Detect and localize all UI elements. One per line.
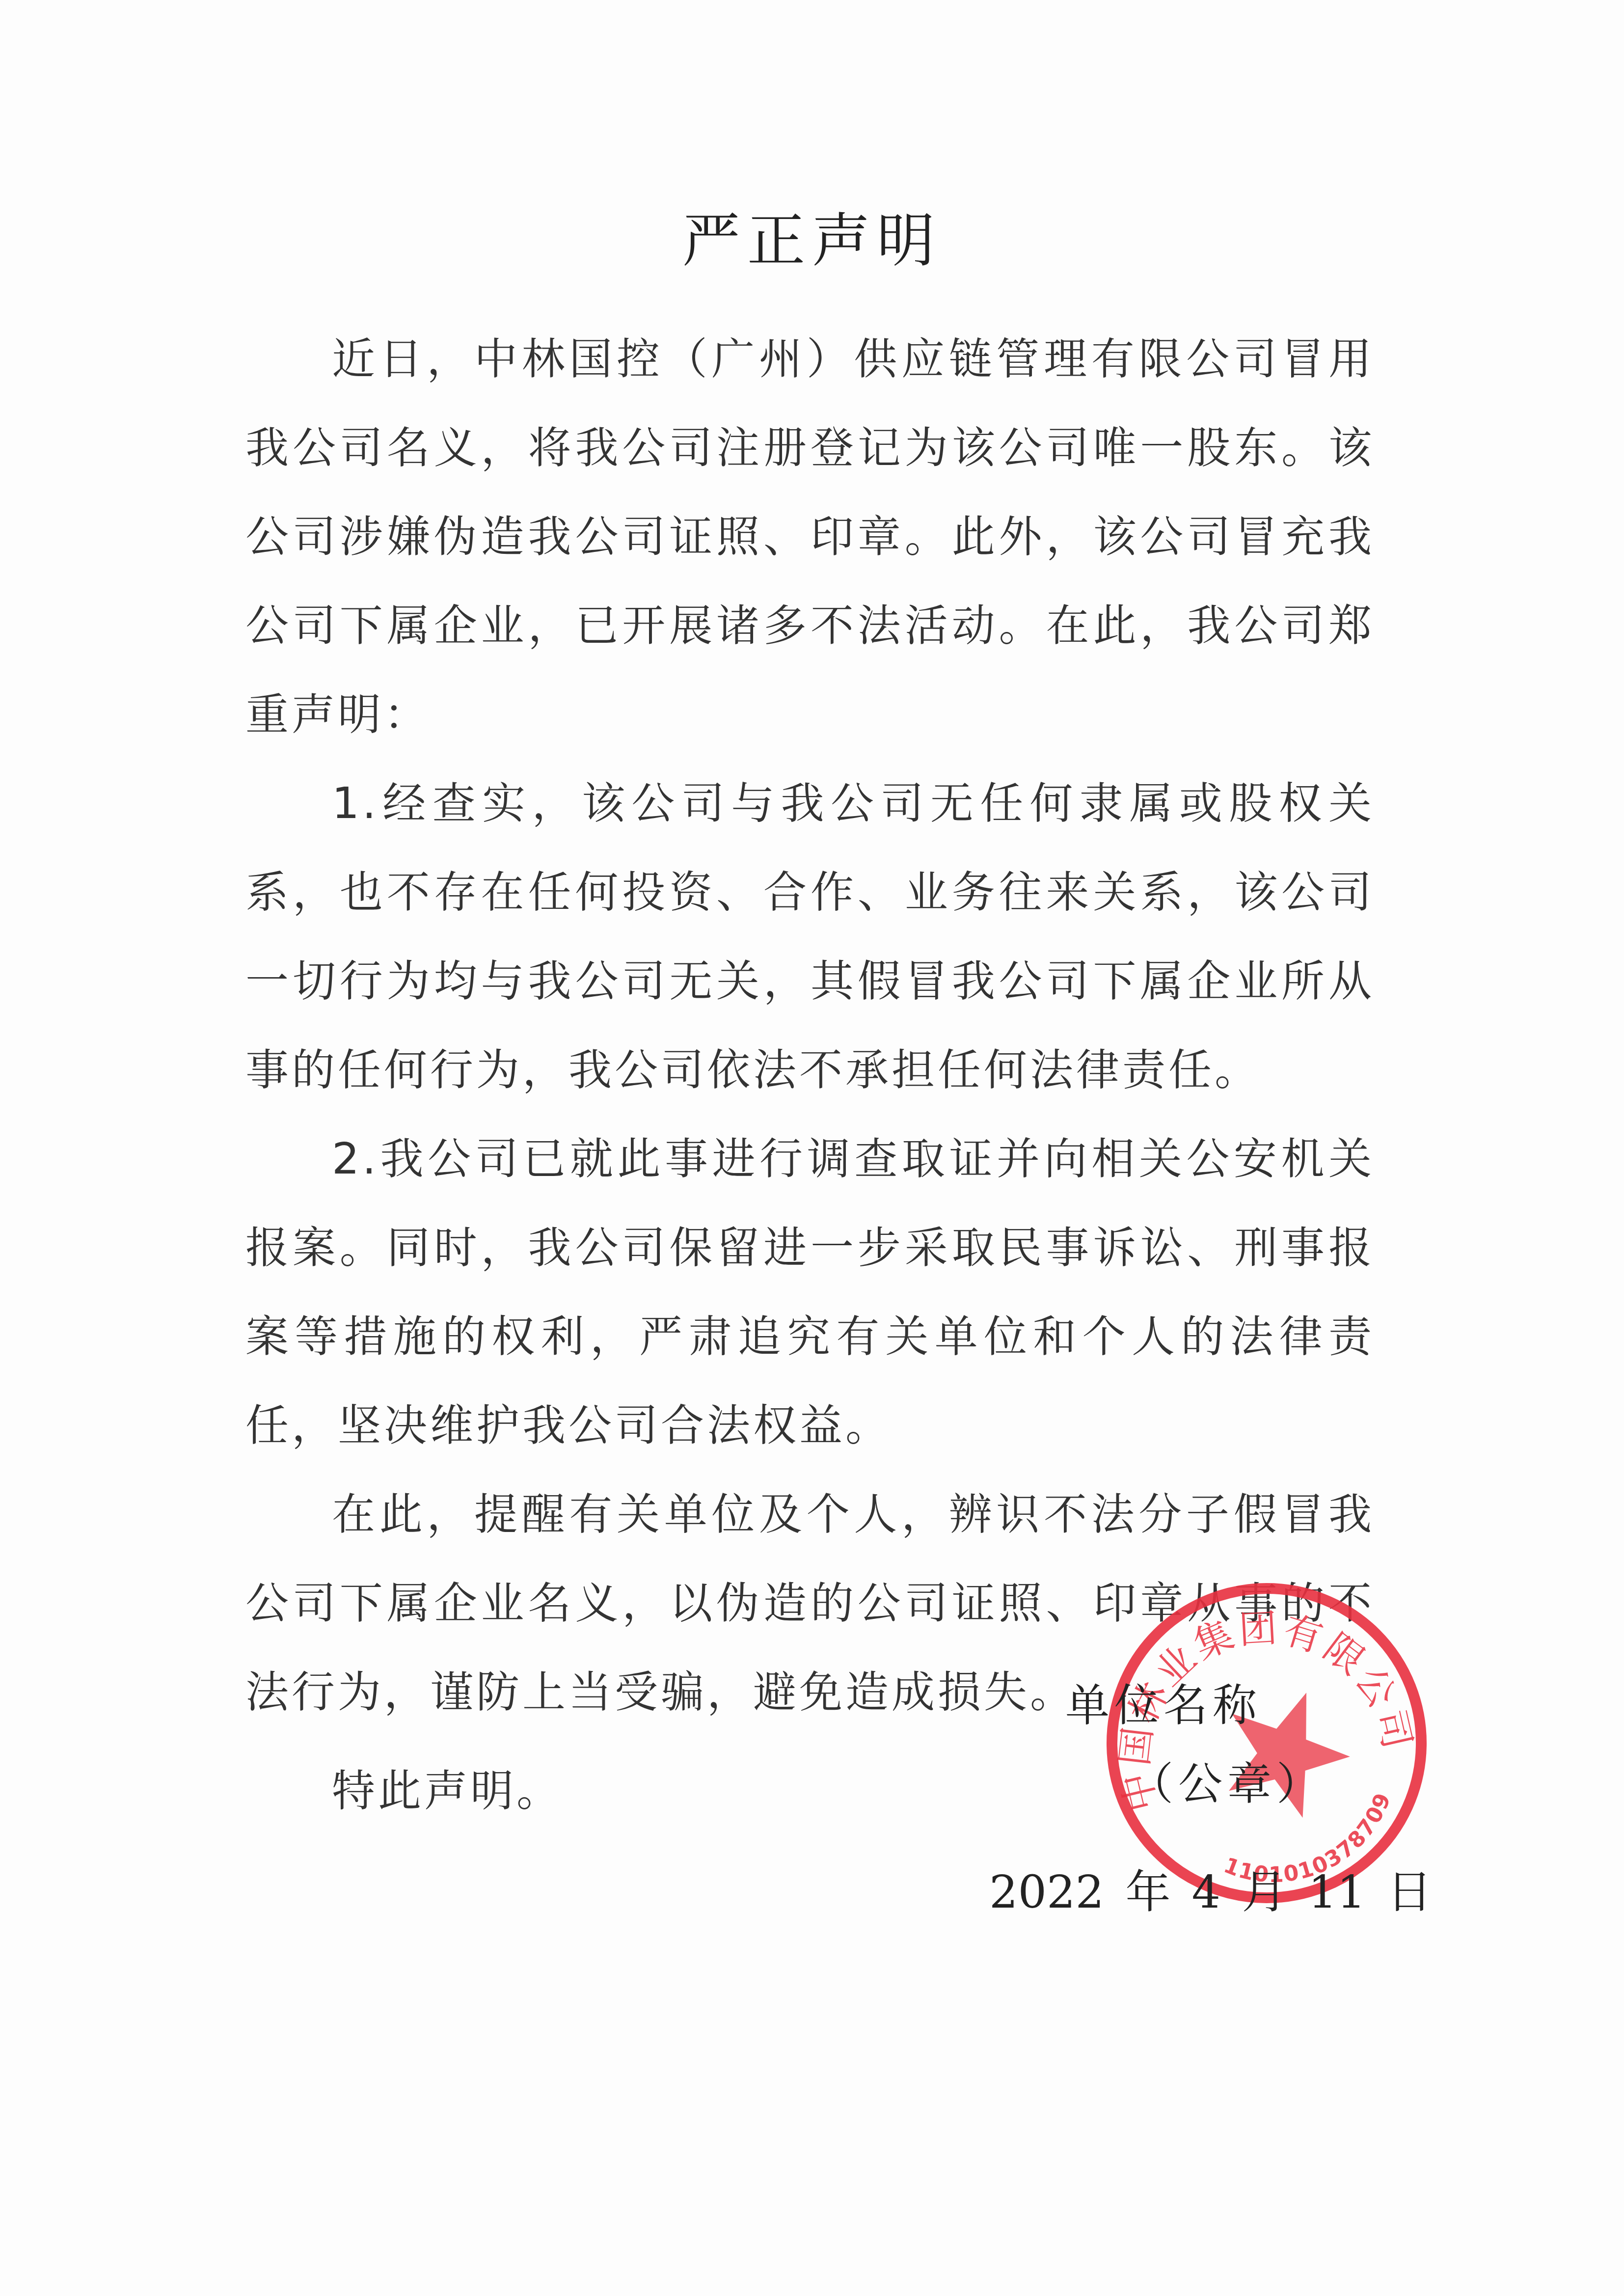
signature-seal-label: （公章） xyxy=(1129,1748,1326,1812)
document-title: 严正声明 xyxy=(0,194,1624,277)
paragraph-point-1: 1.经查实，该公司与我公司无任何隶属或股权关系，也不存在任何投资、合作、业务往来… xyxy=(245,759,1375,1114)
signature-name-label: 单位名称 xyxy=(1065,1669,1262,1733)
signature-date: 2022 年 4 月 11 日 xyxy=(989,1856,1432,1921)
paragraph-intro: 近日，中林国控（广州）供应链管理有限公司冒用我公司名义，将我公司注册登记为该公司… xyxy=(245,314,1375,759)
paragraph-point-2: 2.我公司已就此事进行调查取证并向相关公安机关报案。同时，我公司保留进一步采取民… xyxy=(245,1114,1375,1470)
